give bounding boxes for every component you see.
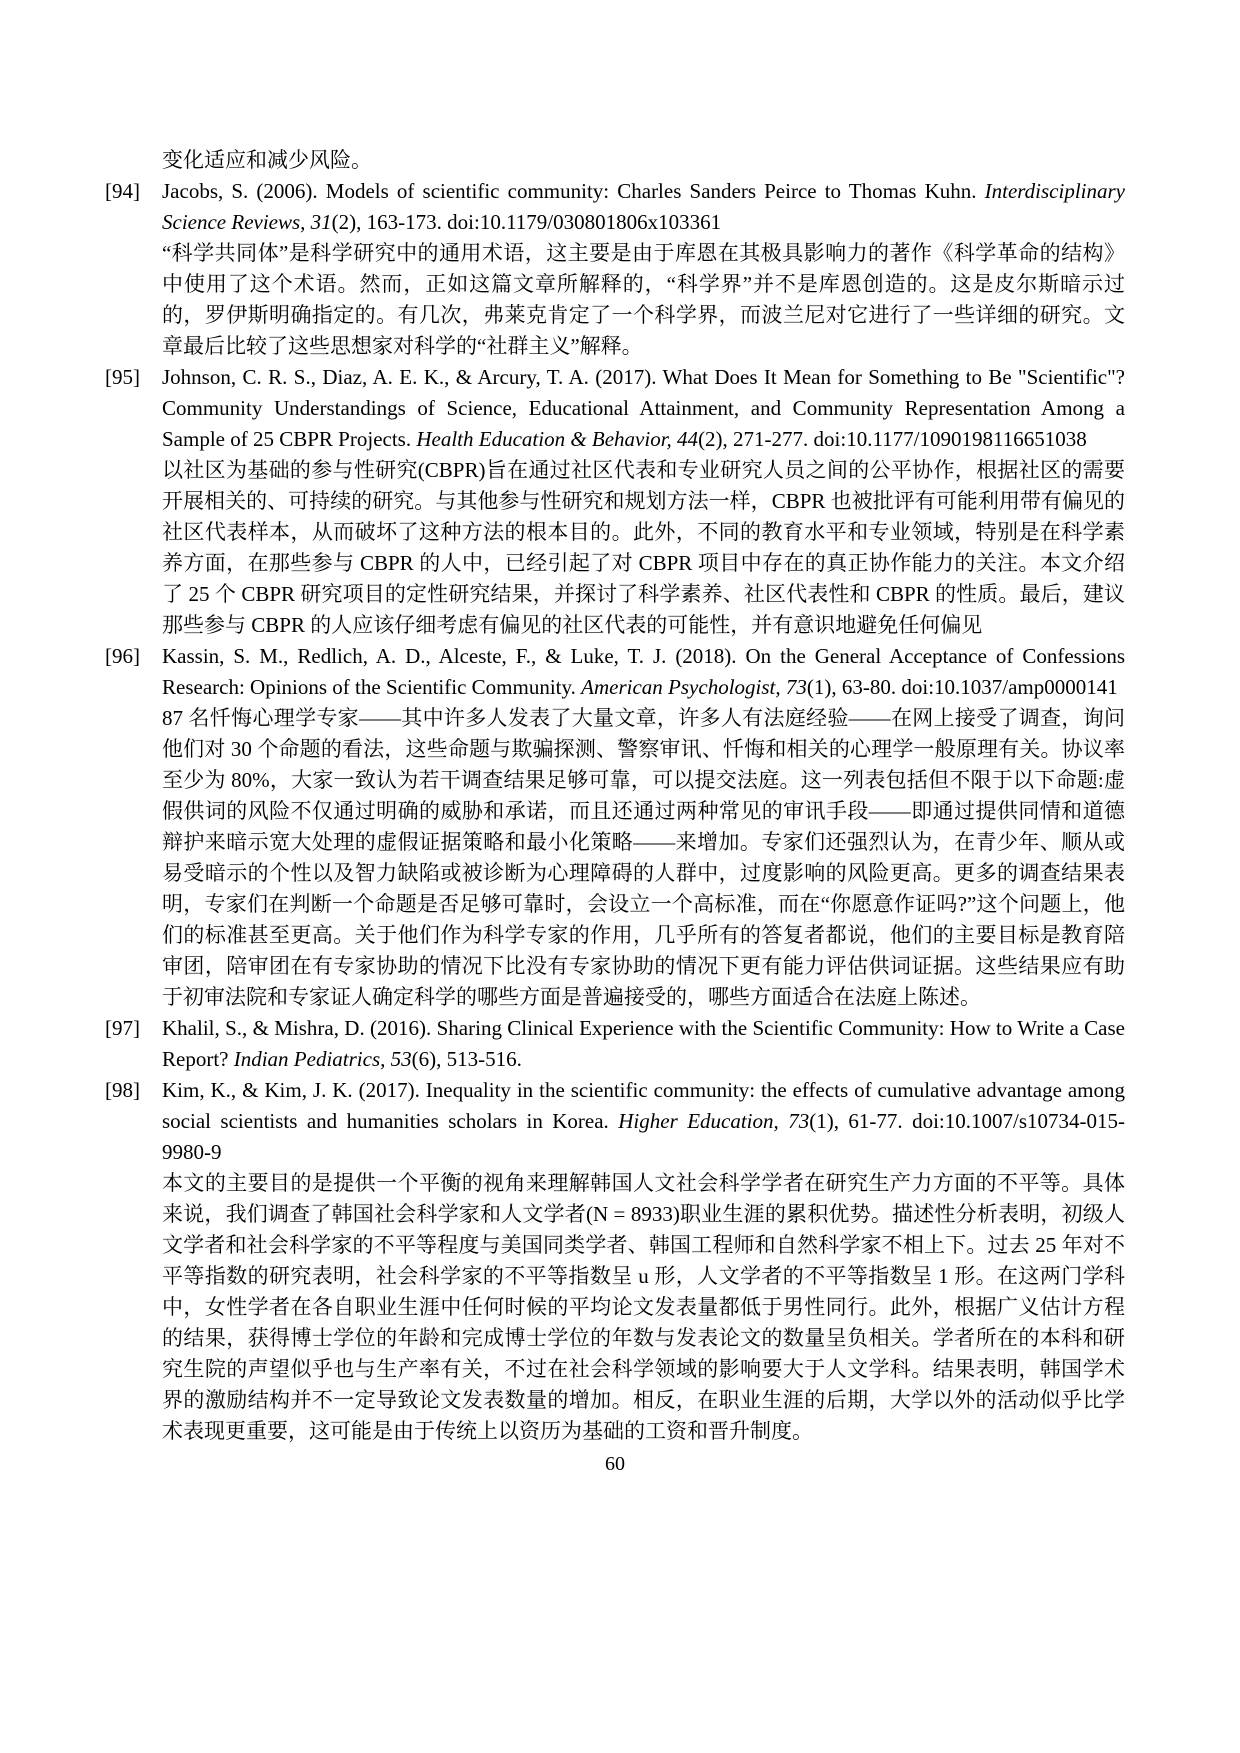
reference-annotation: 87 名忏悔心理学专家——其中许多人发表了大量文章，许多人有法庭经验——在网上接… (162, 703, 1125, 1013)
reference-citation: [98]Kim, K., & Kim, J. K. (2017). Inequa… (105, 1075, 1125, 1168)
reference-citation: [94]Jacobs, S. (2006). Models of scienti… (105, 176, 1125, 238)
page-number: 60 (105, 1449, 1125, 1480)
reference-citation: [96]Kassin, S. M., Redlich, A. D., Alces… (105, 641, 1125, 703)
reference-number: [95] (105, 362, 162, 393)
reference-number: [98] (105, 1075, 162, 1106)
reference-item: [96]Kassin, S. M., Redlich, A. D., Alces… (105, 641, 1125, 1013)
reference-number: [96] (105, 641, 162, 672)
reference-list: [94]Jacobs, S. (2006). Models of scienti… (105, 176, 1125, 1447)
reference-citation: [95]Johnson, C. R. S., Diaz, A. E. K., &… (105, 362, 1125, 455)
journal-title: American Psychologist, 73 (581, 675, 807, 699)
reference-citation: [97]Khalil, S., & Mishra, D. (2016). Sha… (105, 1013, 1125, 1075)
reference-number: [97] (105, 1013, 162, 1044)
reference-number: [94] (105, 176, 162, 207)
reference-item: [95]Johnson, C. R. S., Diaz, A. E. K., &… (105, 362, 1125, 641)
document-page-body: 变化适应和减少风险。 [94]Jacobs, S. (2006). Models… (105, 145, 1125, 1480)
citation-text: (2), 163-173. doi:10.1179/030801806x1033… (332, 210, 721, 234)
citation-text: (1), 63-80. doi:10.1037/amp0000141 (807, 675, 1118, 699)
journal-title: Health Education & Behavior, 44 (416, 427, 698, 451)
citation-text: Jacobs, S. (2006). Models of scientific … (162, 179, 985, 203)
reference-annotation: “科学共同体”是科学研究中的通用术语，这主要是由于库恩在其极具影响力的著作《科学… (162, 238, 1125, 362)
journal-title: Higher Education, 73 (618, 1109, 809, 1133)
reference-annotation: 本文的主要目的是提供一个平衡的视角来理解韩国人文社会科学学者在研究生产力方面的不… (162, 1168, 1125, 1447)
reference-annotation: 以社区为基础的参与性研究(CBPR)旨在通过社区代表和专业研究人员之间的公平协作… (162, 455, 1125, 641)
reference-item: [97]Khalil, S., & Mishra, D. (2016). Sha… (105, 1013, 1125, 1075)
continuation-text: 变化适应和减少风险。 (162, 145, 1125, 176)
citation-text: (6), 513-516. (412, 1047, 522, 1071)
citation-text: (2), 271-277. doi:10.1177/10901981166510… (698, 427, 1087, 451)
reference-item: [98]Kim, K., & Kim, J. K. (2017). Inequa… (105, 1075, 1125, 1447)
journal-title: Indian Pediatrics, 53 (234, 1047, 412, 1071)
reference-item: [94]Jacobs, S. (2006). Models of scienti… (105, 176, 1125, 362)
